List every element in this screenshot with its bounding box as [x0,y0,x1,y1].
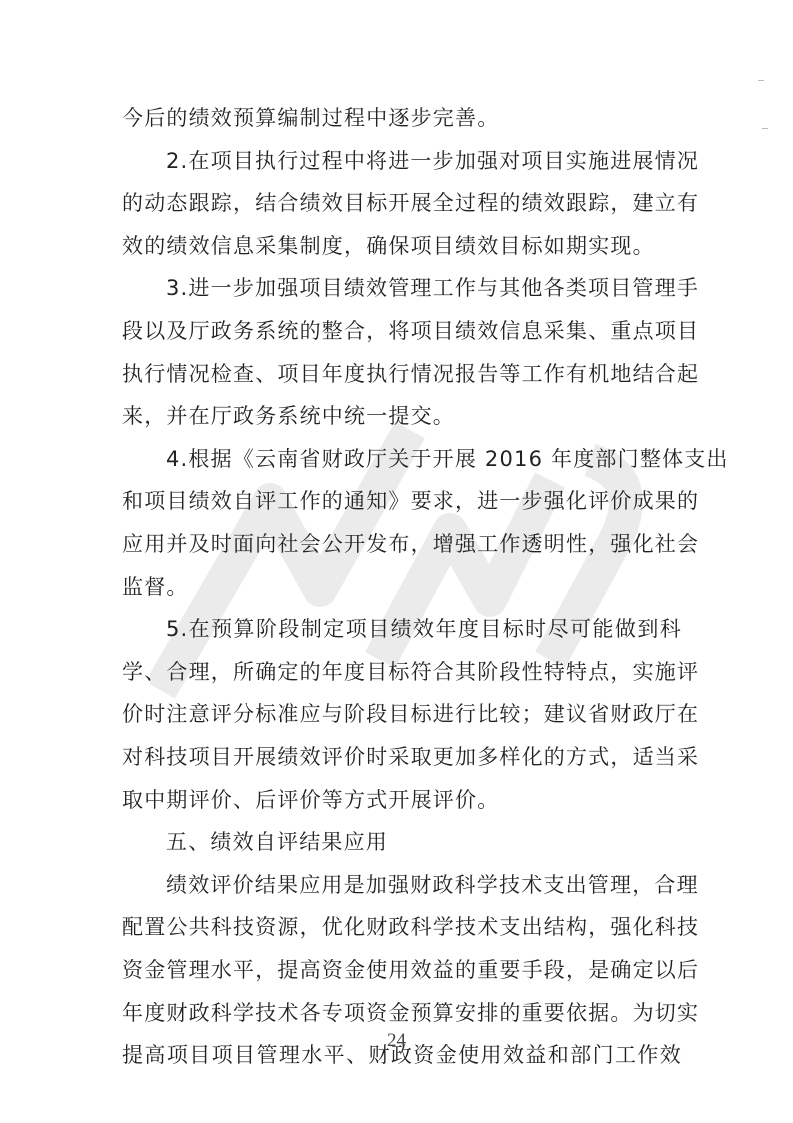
text-line: 段以及厅政务系统的整合，将项目绩效信息采集、重点项目 [122,316,682,346]
text-line: 学、合理，所确定的年度目标符合其阶段性特特点，实施评 [122,657,682,687]
margin-mark [762,128,768,129]
text-line: 监督。 [122,572,682,602]
text-line: 5.在预算阶段制定项目绩效年度目标时尽可能做到科 [122,614,682,644]
text-line: 执行情况检查、项目年度执行情况报告等工作有机地结合起 [122,359,682,389]
section-heading: 五、绩效自评结果应用 [122,827,682,857]
text-line: 今后的绩效预算编制过程中逐步完善。 [122,103,682,133]
text-line: 配置公共科技资源，优化财政科学技术支出结构，强化科技 [122,912,682,942]
text-line: 取中期评价、后评价等方式开展评价。 [122,785,682,815]
text-line: 3.进一步加强项目绩效管理工作与其他各类项目管理手 [122,273,682,303]
text-line: 来，并在厅政务系统中统一提交。 [122,401,682,431]
text-line: 的动态跟踪，结合绩效目标开展全过程的绩效跟踪，建立有 [122,188,682,218]
page-number: 24 [0,1030,793,1052]
text-line: 绩效评价结果应用是加强财政科学技术支出管理，合理 [122,870,682,900]
text-line: 年度财政科学技术各专项资金预算安排的重要依据。为切实 [122,998,682,1028]
text-line: 价时注意评分标准应与阶段目标进行比较；建议省财政厅在 [122,699,682,729]
text-line: 和项目绩效自评工作的通知》要求，进一步强化评价成果的 [122,486,682,516]
margin-mark [758,80,764,81]
text-line: 2.在项目执行过程中将进一步加强对项目实施进展情况 [122,146,682,176]
text-line: 对科技项目开展绩效评价时采取更加多样化的方式，适当采 [122,742,682,772]
text-line: 4.根据《云南省财政厅关于开展 2016 年度部门整体支出 [122,444,682,474]
text-line: 应用并及时面向社会公开发布，增强工作透明性，强化社会 [122,529,682,559]
text-line: 资金管理水平，提高资金使用效益的重要手段，是确定以后 [122,955,682,985]
text-line: 效的绩效信息采集制度，确保项目绩效目标如期实现。 [122,231,682,261]
